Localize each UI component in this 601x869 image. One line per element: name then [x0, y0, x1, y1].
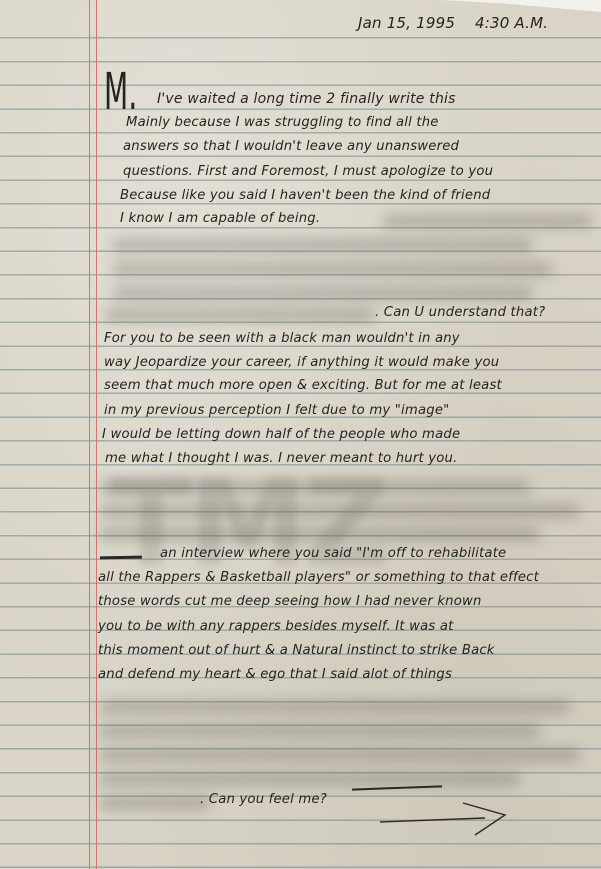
letter-line: this moment out of hurt & a Natural inst… — [98, 643, 495, 658]
letter-line: . Can you feel me? — [200, 792, 327, 807]
letter-date: Jan 15, 1995 4:30 A.M. — [358, 14, 548, 32]
letter-line: questions. First and Foremost, I must ap… — [123, 164, 493, 179]
redacted-block — [100, 748, 580, 762]
letter-line: . Can U understand that? — [375, 305, 545, 320]
letter-line: Mainly because I was struggling to find … — [126, 115, 439, 130]
letter-line: I would be letting down half of the peop… — [102, 427, 460, 442]
letter-line: you to be with any rappers besides mysel… — [98, 619, 453, 634]
margin-line-right — [96, 0, 97, 869]
redacted-block — [112, 262, 552, 276]
redacted-block — [382, 214, 592, 228]
letter-line: Because like you said I haven't been the… — [120, 188, 490, 203]
time-text: 4:30 A.M. — [475, 14, 548, 32]
redacted-block — [100, 480, 530, 494]
redacted-block — [112, 286, 532, 300]
salutation: M. — [104, 62, 137, 121]
letter-line: an interview where you said "I'm off to … — [160, 546, 506, 561]
letter-line: way Jeopardize your career, if anything … — [104, 355, 499, 370]
redacted-block — [100, 724, 540, 738]
letter-line: me what I thought I was. I never meant t… — [105, 451, 457, 466]
redacted-block — [100, 796, 210, 810]
letter-line: I know I am capable of being. — [120, 211, 320, 226]
redacted-block — [112, 238, 532, 252]
letter-page: TMZ Jan 15, 1995 4:30 A.M. M. I've waite… — [0, 0, 601, 869]
letter-line: For you to be seen with a black man woul… — [104, 331, 460, 346]
redacted-block — [100, 504, 580, 518]
letter-line: seem that much more open & exciting. But… — [104, 378, 502, 393]
redacted-block — [100, 527, 540, 541]
redacted-block — [100, 700, 570, 714]
date-text: Jan 15, 1995 — [358, 14, 455, 32]
letter-line: those words cut me deep seeing how I had… — [98, 594, 482, 609]
letter-line: answers so that I wouldn't leave any una… — [123, 139, 459, 154]
redacted-block — [105, 308, 375, 322]
arrow-right-icon — [375, 795, 515, 840]
margin-line-left — [89, 0, 90, 869]
letter-line: I've waited a long time 2 finally write … — [157, 91, 456, 107]
letter-line: and defend my heart & ego that I said al… — [98, 667, 452, 682]
redacted-block — [100, 772, 520, 786]
letter-line: in my previous perception I felt due to … — [104, 403, 449, 418]
letter-line: all the Rappers & Basketball players" or… — [98, 570, 539, 585]
